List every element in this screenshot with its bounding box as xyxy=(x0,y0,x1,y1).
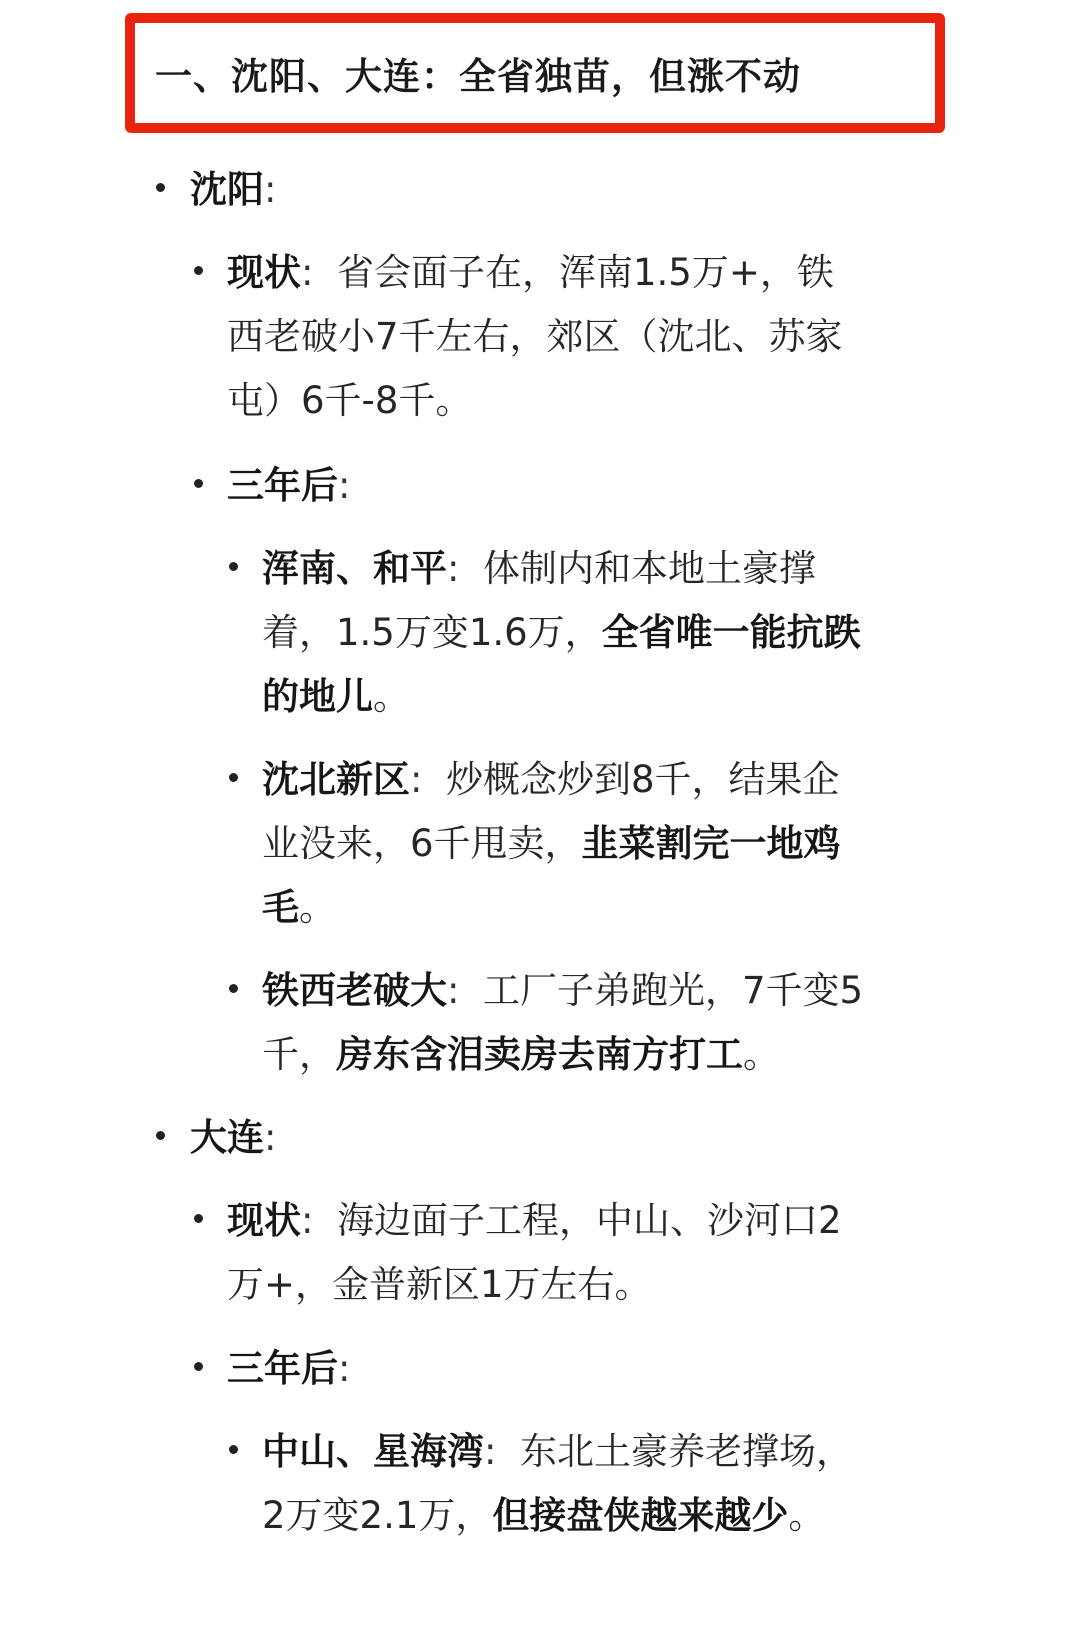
colon: : xyxy=(338,464,350,507)
future-item: 三年后: xyxy=(227,454,972,518)
status-text-line: 西老破小7千左右，郊区（沈北、苏家 xyxy=(227,305,972,369)
district-highlight: 毛 xyxy=(262,886,299,929)
district-item: 中山、星海湾: 东北土豪养老撑场， 2万变2.1万，但接盘侠越来越少。 xyxy=(262,1420,982,1548)
colon: : xyxy=(410,758,422,801)
district-highlight: 全省唯一能抗跌 xyxy=(602,611,861,654)
status-item: 现状: 省会面子在，浑南1.5万+，铁 西老破小7千左右，郊区（沈北、苏家 屯）… xyxy=(227,241,972,433)
status-text-line: 屯）6千-8千。 xyxy=(227,369,972,433)
district-text: 工厂子弟跑光，7千变5 xyxy=(483,969,863,1012)
colon: : xyxy=(447,969,459,1012)
district-item: 浑南、和平: 体制内和本地土豪撑 着，1.5万变1.6万，全省唯一能抗跌 的地儿… xyxy=(262,537,982,729)
bullet-icon xyxy=(194,1362,203,1371)
city-label: 沈阳 xyxy=(190,168,264,211)
city-label: 大连 xyxy=(190,1116,264,1159)
district-label: 铁西老破大 xyxy=(262,969,447,1012)
district-text: 东北土豪养老撑场， xyxy=(520,1430,853,1473)
district-label: 沈北新区 xyxy=(262,758,410,801)
bullet-icon xyxy=(156,1131,165,1140)
district-text: 。 xyxy=(743,1033,780,1076)
bullet-icon xyxy=(229,773,238,782)
district-highlight: 但接盘侠越来越少 xyxy=(492,1494,788,1537)
district-text: 。 xyxy=(373,675,410,718)
colon: : xyxy=(338,1347,350,1390)
district-item: 铁西老破大: 工厂子弟跑光，7千变5 千，房东含泪卖房去南方打工。 xyxy=(262,959,982,1087)
bullet-icon xyxy=(194,266,203,275)
district-highlight: 房东含泪卖房去南方打工 xyxy=(336,1033,743,1076)
district-text: 炒概念炒到8千，结果企 xyxy=(446,758,840,801)
district-item: 沈北新区: 炒概念炒到8千，结果企 业没来，6千甩卖，韭菜割完一地鸡 毛。 xyxy=(262,748,982,940)
district-text: 。 xyxy=(299,886,336,929)
district-text: 业没来，6千甩卖， xyxy=(262,822,582,865)
district-highlight: 韭菜割完一地鸡 xyxy=(582,822,841,865)
district-text: 千， xyxy=(262,1033,336,1076)
section-heading: 一、沈阳、大连：全省独苗，但涨不动 xyxy=(155,46,801,100)
district-text: 着，1.5万变1.6万， xyxy=(262,611,602,654)
colon: : xyxy=(447,547,459,590)
bullet-icon xyxy=(229,984,238,993)
status-label: 现状 xyxy=(227,251,301,294)
colon: : xyxy=(264,168,276,211)
colon: : xyxy=(264,1116,276,1159)
bullet-icon xyxy=(156,183,165,192)
future-label: 三年后 xyxy=(227,1347,338,1390)
district-highlight: 的地儿 xyxy=(262,675,373,718)
status-text-line: 海边面子工程，中山、沙河口2 xyxy=(337,1199,842,1242)
status-label: 现状 xyxy=(227,1199,301,1242)
bullet-icon xyxy=(229,1445,238,1454)
district-label: 浑南、和平 xyxy=(262,547,447,590)
future-label: 三年后 xyxy=(227,464,338,507)
bullet-icon xyxy=(194,1214,203,1223)
future-item: 三年后: xyxy=(227,1337,972,1401)
district-label: 中山、星海湾 xyxy=(262,1430,484,1473)
district-text: 体制内和本地土豪撑 xyxy=(483,547,816,590)
district-text: 。 xyxy=(788,1494,825,1537)
heading-box: 一、沈阳、大连：全省独苗，但涨不动 xyxy=(125,13,945,133)
district-text: 2万变2.1万， xyxy=(262,1494,492,1537)
status-item: 现状: 海边面子工程，中山、沙河口2 万+，金普新区1万左右。 xyxy=(227,1189,972,1317)
bullet-icon xyxy=(194,479,203,488)
status-text-line: 省会面子在，浑南1.5万+，铁 xyxy=(337,251,834,294)
colon: : xyxy=(301,1199,313,1242)
colon: : xyxy=(484,1430,496,1473)
status-text-line: 万+，金普新区1万左右。 xyxy=(227,1253,972,1317)
city-item-shenyang: 沈阳: xyxy=(190,158,970,222)
bullet-icon xyxy=(229,562,238,571)
city-item-dalian: 大连: xyxy=(190,1106,970,1170)
colon: : xyxy=(301,251,313,294)
